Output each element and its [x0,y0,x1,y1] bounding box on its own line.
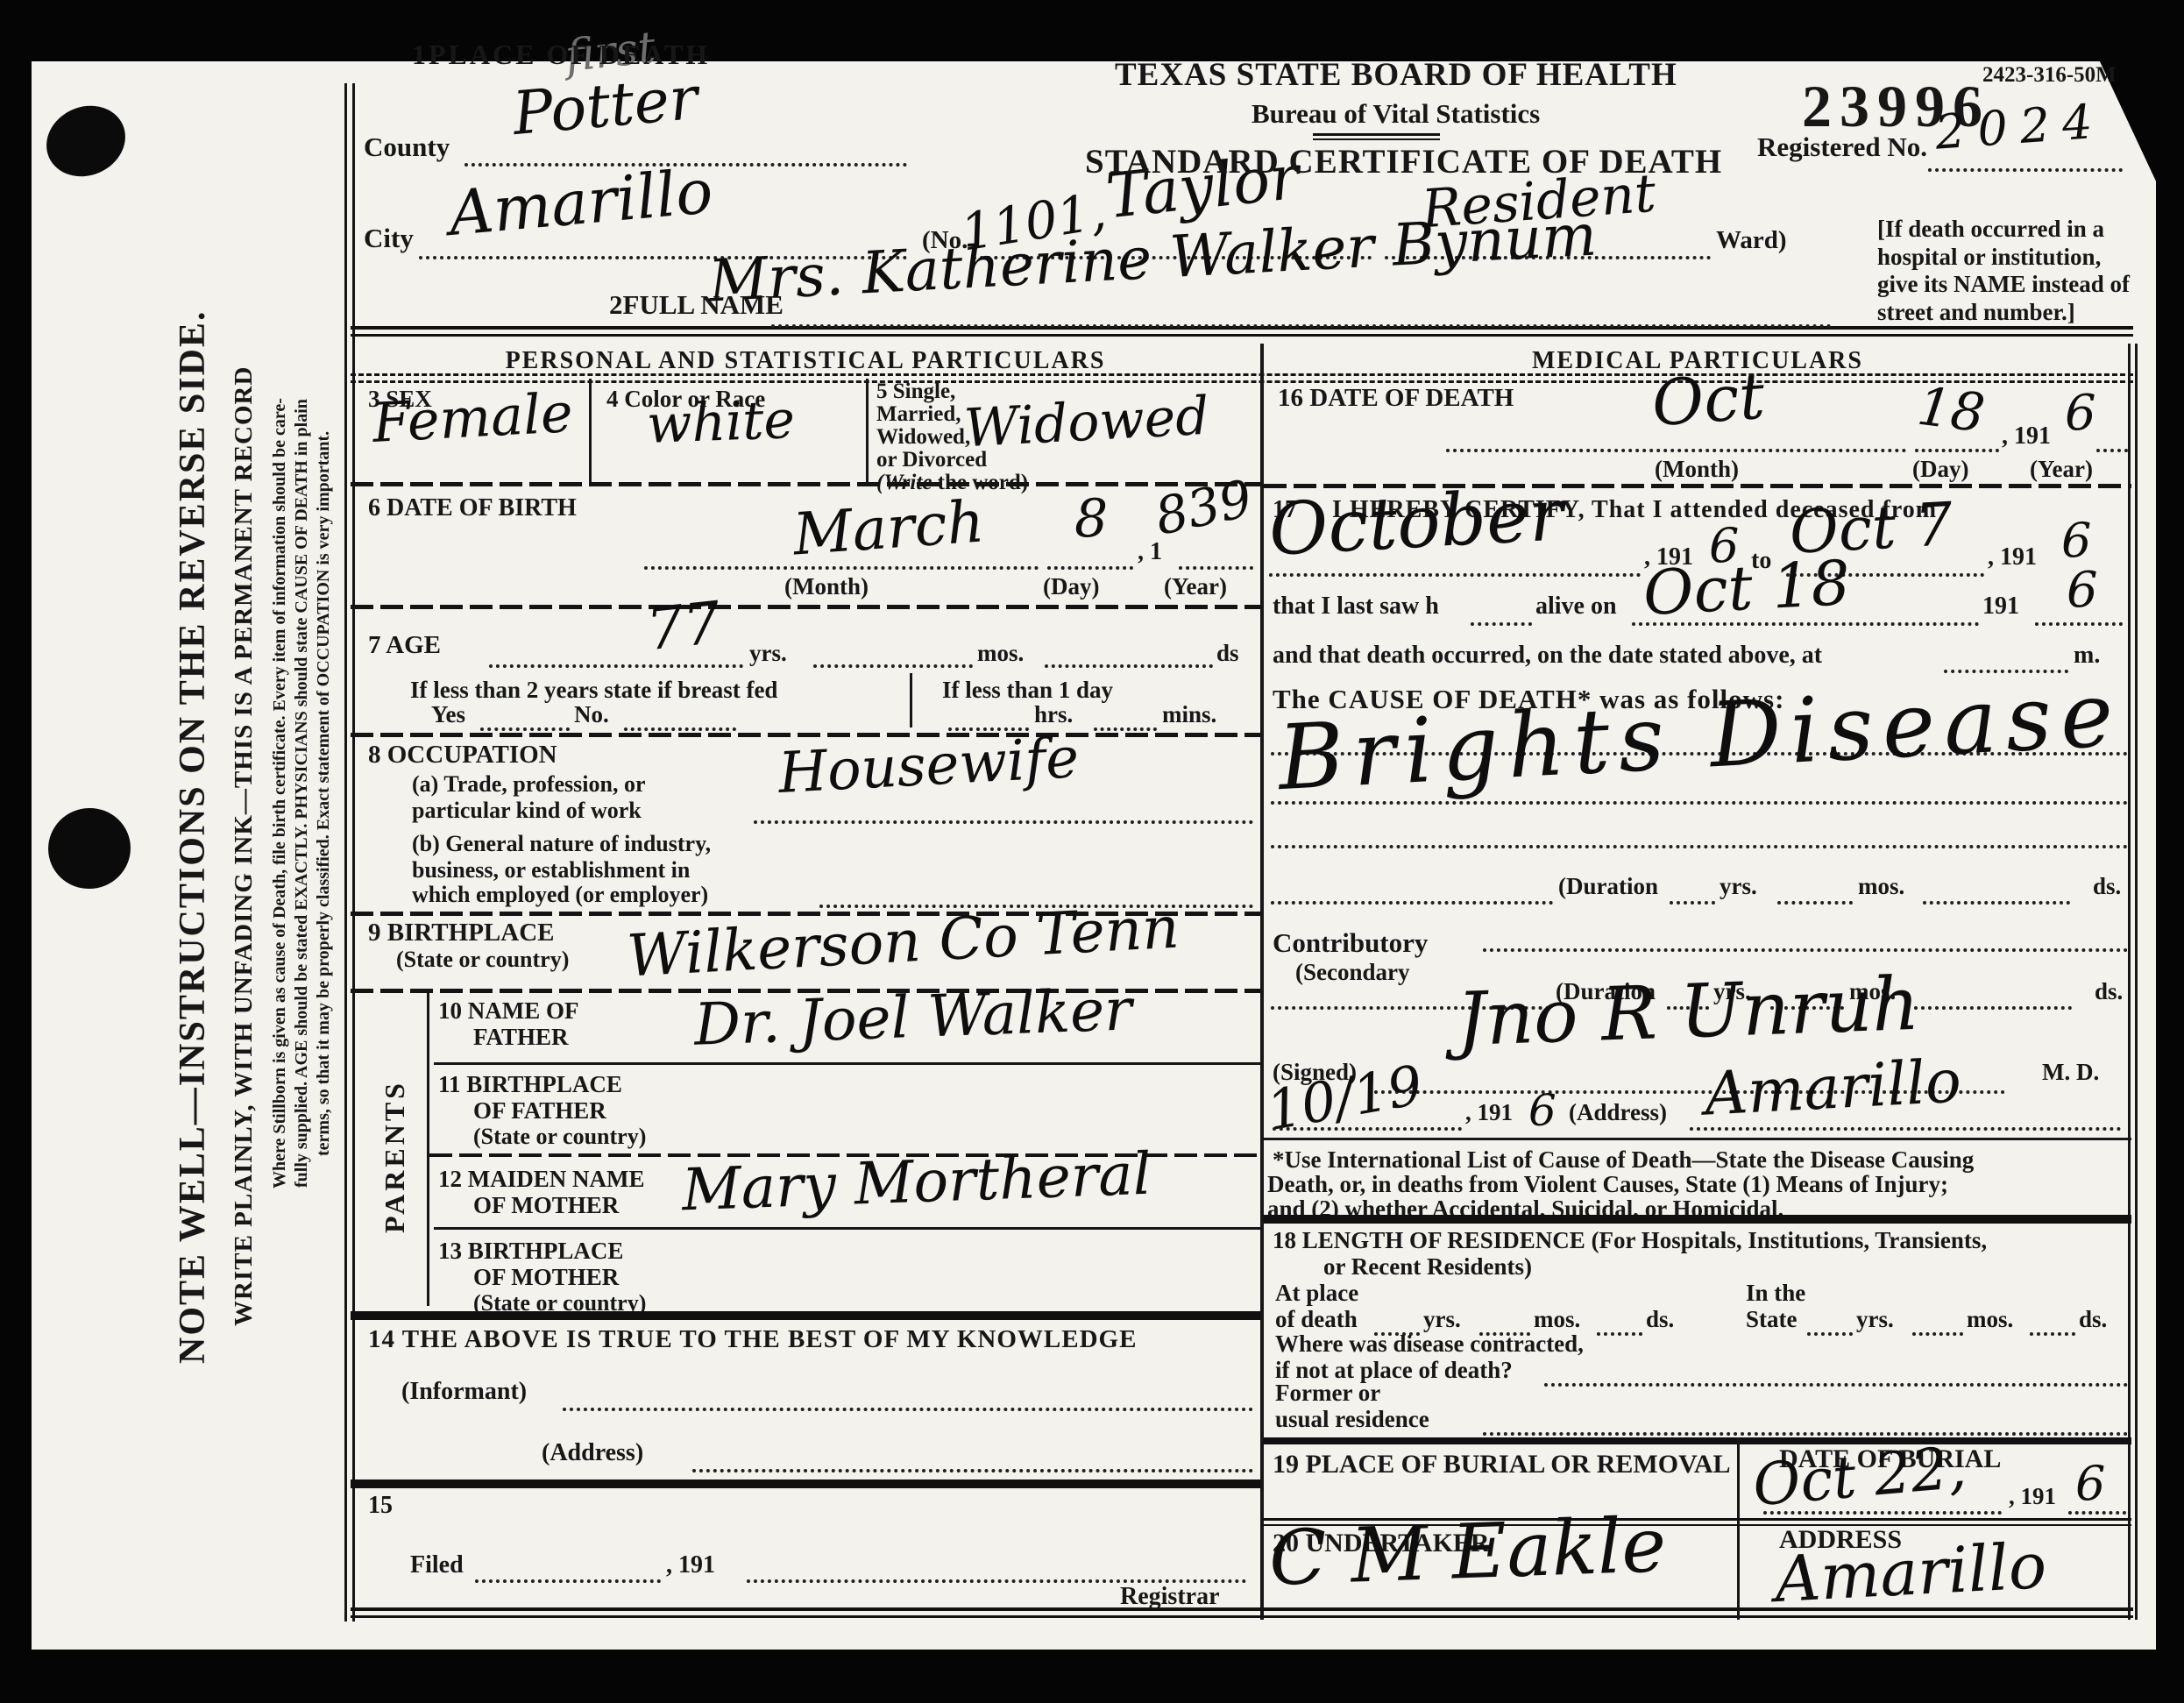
dotted-leader [563,1408,1253,1411]
dotted-leader [1670,901,1715,905]
mother-birthplace-label-line1: 13 BIRTHPLACE [438,1238,623,1265]
margin-small-line-2: fully supplied. AGE should be stated EXA… [292,158,312,1429]
rule-horizontal [351,733,1260,737]
burial-year-value: 6 [2075,1460,2105,1508]
dob-day-caption: (Day) [1043,573,1099,600]
signed-year-printed: , 191 [1465,1099,1513,1126]
rule-horizontal [1264,1215,2131,1224]
dotted-leader [1807,1332,1853,1336]
rule-horizontal [1264,1437,2131,1444]
rule-vertical [1737,1437,1740,1620]
city-label: City [364,223,414,254]
lastsaw-year-value: 6 [2067,566,2098,615]
informant-address-label: (Address) [542,1439,643,1467]
ward-label: Ward) [1716,226,1787,255]
dob-month-value: March [791,493,986,564]
rule-horizontal [351,1311,1260,1320]
cause-duration-label: (Duration [1558,873,1658,900]
signed-year-value: 6 [1528,1089,1556,1132]
birthplace-label: 9 BIRTHPLACE [368,919,555,947]
dotted-leader [2096,449,2128,452]
undertaker-address-value: Amarillo [1773,1534,2047,1611]
breast-fed-label: If less than 2 years state if breast fed [410,677,777,704]
certificate-paper [32,61,2156,1650]
occupation-b-line3: which employed (or employer) [412,882,708,908]
father-name-value: Dr. Joel Walker [693,981,1133,1054]
certify-to-year-value: 6 [2061,517,2091,564]
birthplace-sub-label: (State or country) [396,947,569,973]
dotted-leader [1914,1006,2072,1010]
mother-birthplace-label-line2: OF MOTHER [473,1264,619,1291]
dotted-leader [692,1469,1253,1472]
in-state-mos: mos. [1967,1306,2013,1333]
certify-to-year-printed: , 191 [1988,543,2037,571]
dotted-leader [1269,573,1641,577]
date-of-death-day-value: 18 [1915,380,1988,441]
physician-signature: Jno R Unruh [1456,967,1921,1056]
dotted-leader [1763,1511,2002,1515]
sex-value: Female [372,386,575,451]
father-birthplace-sub-label: (State or country) [473,1124,646,1150]
dob-year-caption: (Year) [1164,573,1227,600]
registered-no-value: 2024 [1933,97,2106,156]
hrs-label: hrs. [1034,701,1073,728]
margin-write-plainly: WRITE PLAINLY, WITH UNFADING INK—THIS IS… [230,263,259,1429]
date-of-death-year-value: 6 [2065,389,2096,438]
rule-horizontal [1313,133,1440,140]
at-place-mos: mos. [1534,1306,1580,1333]
registrar-label: Registrar [1120,1583,1220,1611]
dotted-leader [1271,901,1553,905]
at-place-ds: ds. [1646,1306,1674,1333]
occupation-a-line1: (a) Trade, profession, or [412,771,646,798]
dotted-leader [2068,1511,2126,1515]
at-place-label-line2: of death [1275,1306,1358,1333]
occupation-a-line2: particular kind of work [412,798,642,824]
dotted-leader [1045,664,1213,668]
in-state-ds: ds. [2079,1306,2107,1333]
dotted-leader [1273,1127,1462,1131]
age-value: 77 [644,594,723,659]
race-value: white [646,394,796,451]
rule-vertical [352,83,355,1621]
parents-group-label: PARENTS [379,1025,411,1288]
dod-day-caption: (Day) [1912,456,1968,483]
residence-label-line1: 18 LENGTH OF RESIDENCE (For Hospitals, I… [1273,1227,1987,1254]
lastsaw-text-a: that I last saw h [1273,593,1439,621]
margin-small-line-1: Where Stillborn is given as cause of Dea… [270,158,290,1429]
contracted-label-line1: Where was disease contracted, [1275,1330,1584,1358]
date-of-death-label: 16 DATE OF DEATH [1278,384,1514,413]
dotted-leader [475,1579,661,1583]
board-title: TEXAS STATE BOARD OF HEALTH [1115,56,1677,94]
occupation-value: Housewife [777,730,1081,802]
date-of-death-month-value: Oct [1650,365,1767,436]
dotted-leader [2030,1332,2075,1336]
less-than-day-label: If less than 1 day [942,677,1113,704]
residence-label-line2: or Recent Residents) [1323,1253,1532,1281]
rule-horizontal [1264,1138,2131,1140]
footnote-line1: *Use International List of Cause of Deat… [1273,1146,1974,1174]
hospital-note: [If death occurred in a hospital or inst… [1877,216,2140,326]
certificate-title: STANDARD CERTIFICATE OF DEATH [1085,142,1722,181]
dotted-leader [1271,845,2128,848]
rule-vertical [589,379,592,484]
contrib-duration-ds: ds. [2095,978,2123,1005]
dotted-leader [1471,622,1532,626]
rule-vertical [1260,344,1264,1620]
mother-maiden-label-line1: 12 MAIDEN NAME [438,1166,645,1193]
rule-vertical [344,83,347,1621]
rule-horizontal [351,1479,1260,1488]
age-ds-label: ds [1216,640,1239,667]
burial-date-value: Oct 22, [1751,1439,1968,1515]
county-value: Potter [510,69,699,145]
margin-small-line-3: terms, so that it may be properly classi… [314,158,334,1429]
dotted-leader [771,324,1832,328]
occupation-b-line1: (b) General nature of industry, [412,831,711,857]
lastsaw-year-printed: 191 [1982,593,2019,621]
dotted-leader [1690,1127,2121,1131]
rule-vertical [2128,344,2131,1620]
form-code: 2423-316-50M [1982,63,2117,88]
dob-year-printed: , 1 [1138,538,1162,566]
marital-value: Widowed [963,390,1210,456]
rule-horizontal [434,1227,1260,1230]
statement-label: 14 THE ABOVE IS TRUE TO THE BEST OF MY K… [368,1325,1137,1354]
burial-label: 19 PLACE OF BURIAL OR REMOVAL [1273,1450,1731,1479]
dotted-leader [1777,901,1853,905]
dotted-leader [1094,727,1157,731]
dotted-leader [1912,1332,1963,1336]
dob-month-caption: (Month) [784,573,869,600]
lastsaw-value: Oct 18 [1642,552,1851,624]
rule-vertical [910,673,912,727]
md-label: M. D. [2042,1059,2099,1086]
registered-no-label: Registered No. [1757,131,1927,163]
mother-maiden-value: Mary Mortheral [681,1146,1152,1220]
burial-year-printed: , 191 [2009,1483,2056,1510]
father-name-label-line1: 10 NAME OF [438,997,578,1025]
father-birthplace-label-line2: OF FATHER [473,1097,606,1125]
dotted-leader [480,727,570,731]
filed-label: Filed [410,1551,464,1579]
dotted-leader [1597,1332,1642,1336]
footnote-line2: Death, or, in deaths from Violent Causes… [1267,1171,1948,1198]
age-label: 7 AGE [368,631,441,660]
father-name-label-line2: FATHER [473,1024,569,1051]
scanned-death-certificate: NOTE WELL—INSTRUCTIONS ON THE REVERSE SI… [0,0,2184,1703]
informant-label: (Informant) [401,1378,527,1406]
former-label-line2: usual residence [1275,1406,1429,1433]
dod-year-printed: , 191 [2002,422,2051,451]
mins-label: mins. [1162,701,1216,728]
dotted-leader [1483,1432,2128,1436]
at-place-label-line1: At place [1275,1280,1358,1307]
dotted-leader [1179,566,1253,570]
in-state-yrs: yrs. [1856,1306,1894,1333]
dod-month-caption: (Month) [1655,456,1739,483]
rule-horizontal [351,482,1260,486]
former-label-line1: Former or [1275,1380,1380,1407]
dotted-leader [754,820,1253,824]
dotted-leader [1915,449,1999,452]
rule-vertical [866,379,869,484]
age-yrs-label: yrs. [749,640,787,667]
dotted-leader [1483,948,2128,952]
rule-vertical [2135,344,2138,1620]
signed-address-value: Amarillo [1703,1052,1962,1125]
rule-vertical [427,992,429,1306]
state-label: State [1746,1306,1797,1333]
dotted-leader [813,664,973,668]
father-birthplace-label-line1: 11 BIRTHPLACE [438,1071,622,1098]
age-mos-label: mos. [977,640,1024,667]
dotted-leader [489,664,743,668]
personal-section-title: PERSONAL AND STATISTICAL PARTICULARS [351,347,1260,375]
dotted-leader [2035,622,2123,626]
secondary-label: (Secondary [1295,959,1410,986]
bureau-subtitle: Bureau of Vital Statistics [1252,98,1540,130]
cause-duration-mos: mos. [1858,873,1904,900]
dob-day-value: 8 [1074,493,1108,545]
dotted-leader [624,727,736,731]
dod-year-caption: (Year) [2030,456,2093,483]
item-15-label: 15 [368,1492,393,1520]
occupation-label: 8 OCCUPATION [368,741,557,770]
dotted-leader [644,566,1039,570]
certify-from-value: October [1267,479,1565,566]
cause-duration-yrs: yrs. [1720,873,1757,900]
margin-note-well: NOTE WELL—INSTRUCTIONS ON THE REVERSE SI… [172,280,214,1394]
dotted-leader [1923,901,2070,905]
county-label: County [364,131,450,163]
yes-label: Yes [431,701,465,728]
mother-maiden-label-line2: OF MOTHER [473,1192,619,1219]
dotted-leader [1928,168,2123,172]
occurred-text: and that death occurred, on the date sta… [1273,642,1822,670]
filed-year-printed: , 191 [666,1551,715,1579]
dob-label: 6 DATE OF BIRTH [368,494,577,522]
dotted-leader [1446,449,1906,452]
undertaker-value: C M Eakle [1268,1508,1668,1597]
lastsaw-text-b: alive on [1535,593,1617,621]
signed-address-label: (Address) [1569,1099,1667,1126]
no-label: No. [574,701,609,728]
dotted-leader [1047,566,1133,570]
contributory-label: Contributory [1273,927,1428,959]
at-place-yrs: yrs. [1423,1306,1461,1333]
cause-duration-ds: ds. [2093,873,2121,900]
dotted-leader [1544,1383,2128,1387]
in-the-label: In the [1746,1280,1805,1307]
rule-horizontal [351,605,1260,609]
rule-horizontal [434,1062,1260,1065]
occupation-b-line2: business, or establishment in [412,857,690,883]
